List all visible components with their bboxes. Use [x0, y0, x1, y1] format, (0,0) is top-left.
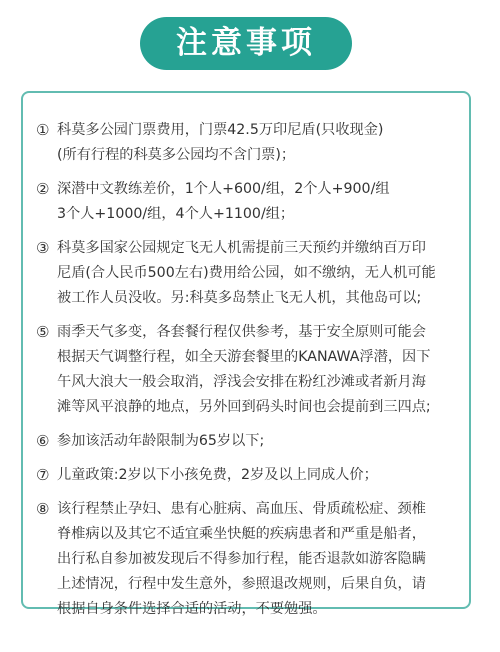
notice-item-8: ⑧ 该行程禁止孕妇、患有心脏病、高血压、骨质疏松症、颈椎 脊椎病以及其它不适宜乘…: [36, 497, 453, 622]
item-number: ⑥: [36, 429, 57, 454]
item-text: 参加该活动年龄限制为65岁以下;: [57, 429, 453, 454]
notice-item-2: ② 深潜中文教练差价，1个人+600/组，2个人+900/组 3个人+1000/…: [36, 177, 453, 227]
notice-item-7: ⑦ 儿童政策:2岁以下小孩免费，2岁及以上同成人价；: [36, 463, 453, 488]
item-number: ③: [36, 236, 57, 261]
notice-list: ① 科莫多公园门票费用，门票42.5万印尼盾(只收现金) (所有行程的科莫多公园…: [21, 91, 471, 609]
item-number: ⑦: [36, 463, 57, 488]
page-title: 注意事项: [176, 28, 316, 59]
item-number: ⑧: [36, 497, 57, 522]
item-text: 儿童政策:2岁以下小孩免费，2岁及以上同成人价；: [57, 463, 453, 488]
notice-item-6: ⑥ 参加该活动年龄限制为65岁以下;: [36, 429, 453, 454]
notice-item-1: ① 科莫多公园门票费用，门票42.5万印尼盾(只收现金) (所有行程的科莫多公园…: [36, 118, 453, 168]
item-number: ②: [36, 177, 57, 202]
item-text: 科莫多国家公园规定飞无人机需提前三天预约并缴纳百万印 尼盾(合人民币500左右)…: [57, 236, 453, 311]
item-text: 深潜中文教练差价，1个人+600/组，2个人+900/组 3个人+1000/组，…: [57, 177, 453, 227]
notice-item-3: ③ 科莫多国家公园规定飞无人机需提前三天预约并缴纳百万印 尼盾(合人民币500左…: [36, 236, 453, 311]
item-number: ①: [36, 118, 57, 143]
item-text: 科莫多公园门票费用，门票42.5万印尼盾(只收现金) (所有行程的科莫多公园均不…: [57, 118, 453, 168]
notice-item-5: ⑤ 雨季天气多变，各套餐行程仅供参考，基于安全原则可能会 根据天气调整行程，如全…: [36, 320, 453, 420]
item-number: ⑤: [36, 320, 57, 345]
item-text: 该行程禁止孕妇、患有心脏病、高血压、骨质疏松症、颈椎 脊椎病以及其它不适宜乘坐快…: [57, 497, 453, 622]
title-banner: 注意事项: [140, 17, 352, 70]
item-text: 雨季天气多变，各套餐行程仅供参考，基于安全原则可能会 根据天气调整行程，如全天游…: [57, 320, 453, 420]
